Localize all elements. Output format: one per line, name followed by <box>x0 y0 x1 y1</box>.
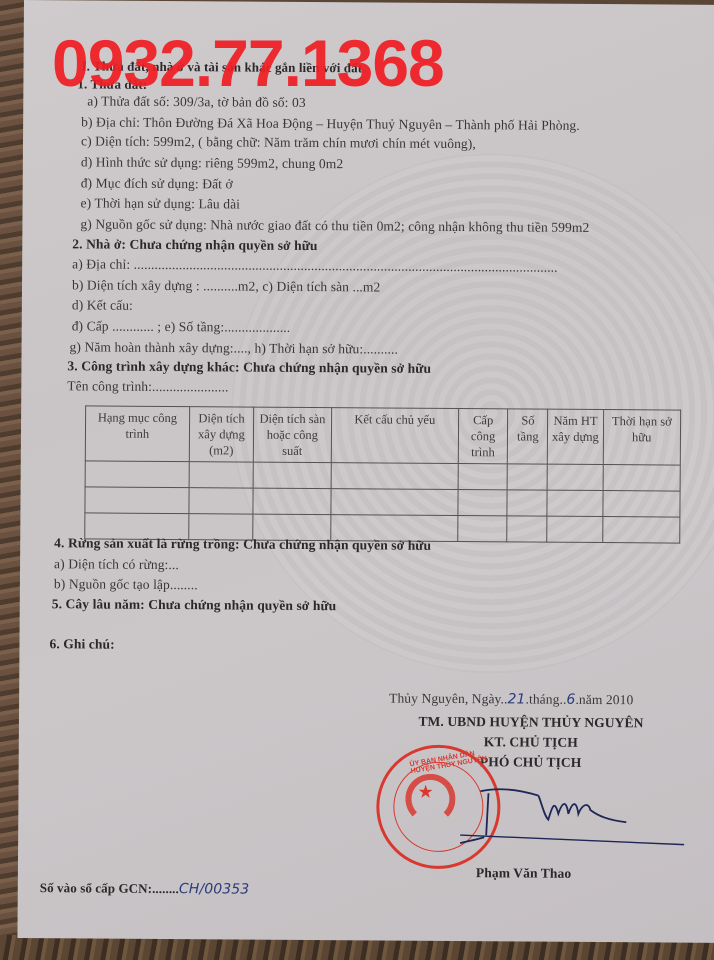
table-header-cell: Cấp công trình <box>458 409 508 464</box>
table-header-cell: Số tầng <box>508 409 548 464</box>
table-cell <box>458 516 508 542</box>
table-header-cell: Hạng mục công trình <box>85 406 189 462</box>
issuing-organization: TM. UBND HUYỆN THỦY NGUYÊN <box>381 714 681 732</box>
certificate-page: I. Thửa đất, nhà ở và tài sản khác gắn l… <box>17 0 714 943</box>
section5-title: 5. Cây lâu năm: Chưa chứng nhận quyền sở… <box>52 596 337 614</box>
table-cell <box>507 464 547 490</box>
year-text: .năm 2010 <box>575 692 633 707</box>
section1-items: a) Thửa đất số: 309/3a, tờ bản đồ số: 03… <box>24 0 714 5</box>
table-cell <box>253 488 331 515</box>
house-build-area: b) Diện tích xây dựng : ..........m2, c)… <box>72 277 380 295</box>
table-header-row: Hạng mục công trìnhDiện tích xây dựng (m… <box>85 406 680 465</box>
land-address: b) Địa chỉ: Thôn Đường Đá Xã Hoa Động – … <box>81 114 580 133</box>
table-cell <box>547 464 602 490</box>
table-header-cell: Năm HT xây dựng <box>548 409 604 464</box>
table-cell <box>189 488 254 514</box>
handwritten-day: 21 <box>507 691 525 707</box>
registry-value: CH/00353 <box>179 881 249 897</box>
table-header-cell: Thời hạn sở hữu <box>603 410 681 466</box>
table-cell <box>507 490 547 516</box>
section4-title: 4. Rừng sản xuất là rừng trồng: Chưa chứ… <box>54 535 431 554</box>
section2-title: 2. Nhà ở: Chưa chứng nhận quyền sở hữu <box>72 236 317 254</box>
table-cell <box>458 464 508 490</box>
forest-area: a) Diện tích có rừng:... <box>54 556 179 573</box>
table-header-cell: Diện tích sàn hoặc công suất <box>253 407 331 463</box>
table-cell <box>602 517 680 544</box>
table-cell <box>85 487 189 514</box>
table-cell <box>547 490 602 516</box>
house-completion-term: g) Năm hoàn thành xây dựng:...., h) Thời… <box>70 339 399 357</box>
signer-name: Phạm Văn Thao <box>476 865 571 882</box>
table-cell <box>507 516 547 542</box>
table-cell <box>602 491 680 518</box>
table-header-cell: Kết cấu chủ yếu <box>331 408 459 464</box>
registry-label: Số vào sổ cấp GCN:........ <box>40 880 179 896</box>
section2-items: a) Địa chỉ: ............................… <box>24 0 714 5</box>
issue-date: Thủy Nguyên, Ngày..21.tháng..6.năm 2010 <box>389 691 633 709</box>
house-grade-floors: đ) Cấp ............ ; e) Số tầng:.......… <box>72 318 291 336</box>
table-header-cell: Diện tích xây dựng (m2) <box>189 407 254 462</box>
usage-form: d) Hình thức sử dụng: riêng 599m2, chung… <box>81 154 343 172</box>
table-cell <box>458 490 508 516</box>
date-prefix: Thủy Nguyên, Ngày.. <box>389 691 507 707</box>
handwritten-signature <box>458 785 688 847</box>
usage-origin: g) Nguồn gốc sử dụng: Nhà nước giao đất … <box>80 216 589 236</box>
table-cell <box>331 463 458 490</box>
month-prefix: .tháng.. <box>525 692 566 707</box>
table-cell <box>547 516 602 542</box>
table-cell <box>603 465 681 492</box>
construction-table: Hạng mục công trìnhDiện tích xây dựng (m… <box>84 405 681 543</box>
construction-name: Tên công trình:...................... <box>67 378 228 395</box>
house-structure: d) Kết cấu: <box>72 297 133 313</box>
house-address: a) Địa chỉ: ............................… <box>72 256 558 275</box>
registry-number: Số vào sổ cấp GCN:........CH/00353 <box>40 880 250 897</box>
star-icon: ★ <box>417 782 433 803</box>
phone-watermark: 0932.77.1368 <box>52 30 444 96</box>
table-cell <box>253 462 331 489</box>
table-cell <box>189 462 254 488</box>
land-area: c) Diện tích: 599m2, ( bằng chữ: Năm tră… <box>81 133 476 152</box>
usage-purpose: đ) Mục đích sử dụng: Đất ở <box>81 175 233 192</box>
section3-title: 3. Công trình xây dựng khác: Chưa chứng … <box>67 358 431 377</box>
usage-term: e) Thời hạn sử dụng: Lâu dài <box>81 195 241 212</box>
forest-origin: b) Nguồn gốc tạo lập........ <box>54 576 198 593</box>
table-cell <box>331 489 458 516</box>
section6-title: 6. Ghi chú: <box>49 636 114 652</box>
table-cell <box>85 461 189 488</box>
